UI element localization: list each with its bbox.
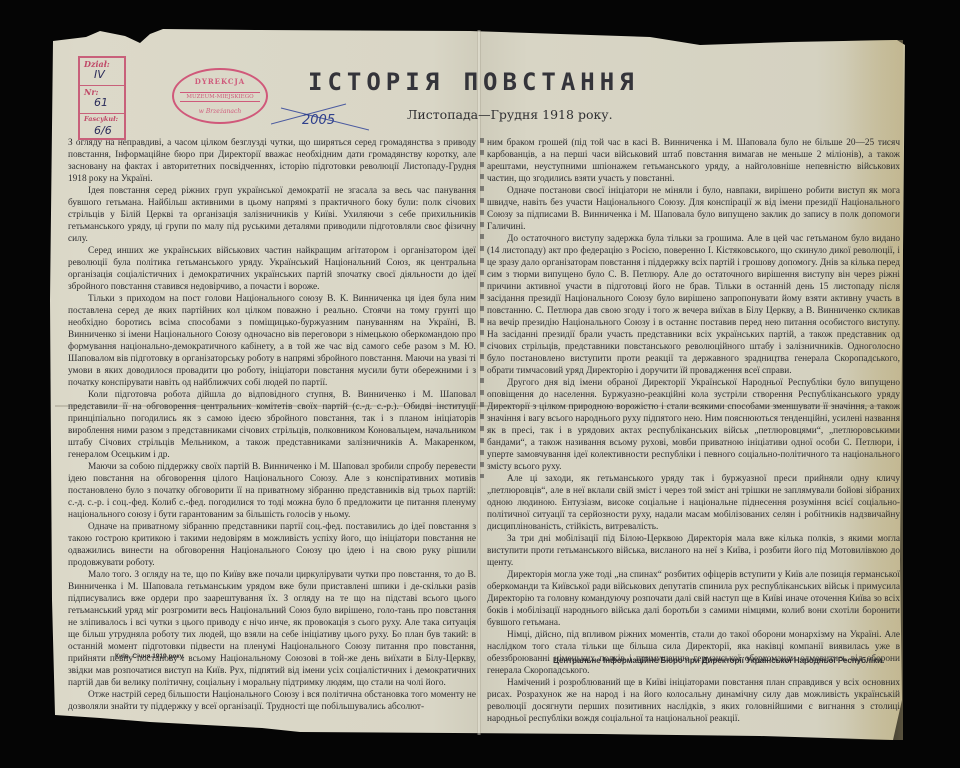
left-text-column: З огляду на неправдиві, а часом цілком б… xyxy=(68,137,476,713)
place-date: Київ, Січня 1919 року. xyxy=(115,653,185,660)
paragraph: Одначе на приватному зібранню представни… xyxy=(68,521,476,569)
paragraph: Тільки з приходом на пост голови Націона… xyxy=(68,293,476,389)
paragraph: З огляду на неправдиві, а часом цілком б… xyxy=(68,137,476,185)
paragraph: Мало того. З огляду на те, що по Київу в… xyxy=(68,569,476,689)
paragraph: Маючи за собою піддержку своїх партій В.… xyxy=(68,461,476,521)
handwritten-inventory-number: 2005 xyxy=(302,113,335,128)
paragraph: Але ці заходи, як гетьманського уряду та… xyxy=(487,473,900,533)
registry-stamp: Dział: IV Nr: 61 Fascykuł: 6/6 xyxy=(78,56,126,140)
paragraph: Намічений і розроблюваний ще в Київі іні… xyxy=(487,677,900,725)
document-subtitle: Листопада—Грудня 1918 року. xyxy=(407,107,613,122)
archival-poster: Dział: IV Nr: 61 Fascykuł: 6/6 DYREKCJA … xyxy=(0,0,960,768)
paragraph: Серед инших же українських військових ча… xyxy=(68,245,476,293)
paragraph: Другого дня від імени обраної Директорії… xyxy=(487,377,900,473)
binding-marks xyxy=(480,138,484,478)
right-text-column: ним браком грошей (під той час в касі В.… xyxy=(487,137,900,725)
paragraph: ним браком грошей (під той час в касі В.… xyxy=(487,137,900,185)
paragraph: Директорія могла уже тоді „на спинах“ ро… xyxy=(487,569,900,629)
paragraph: Ідея повстання серед ріжних груп українс… xyxy=(68,185,476,245)
museum-oval-stamp: DYREKCJA MUZEUM-MIEJSKIEGO w Brzeżanach xyxy=(172,68,268,124)
registry-row-dzial: Dział: IV xyxy=(80,58,124,86)
registry-row-nr: Nr: 61 xyxy=(80,86,124,114)
paragraph: Отже настрій серед більшости Національно… xyxy=(68,689,476,713)
issuer-signature: Центральне Інформаційне Бюро при Директо… xyxy=(553,656,884,665)
paragraph: Німці, дійсно, під впливом ріжних момент… xyxy=(487,629,900,677)
paragraph: Коли підготовча робота дійшла до відпові… xyxy=(68,389,476,461)
paragraph: Одначе постанови своєї ініціатори не мін… xyxy=(487,185,900,233)
paragraph: За три дні мобілізації під Білою-Церквою… xyxy=(487,533,900,569)
document-title: ІСТОРІЯ ПОВСТАННЯ xyxy=(308,68,639,96)
paragraph: До остаточного виступу задержка була тіл… xyxy=(487,233,900,377)
